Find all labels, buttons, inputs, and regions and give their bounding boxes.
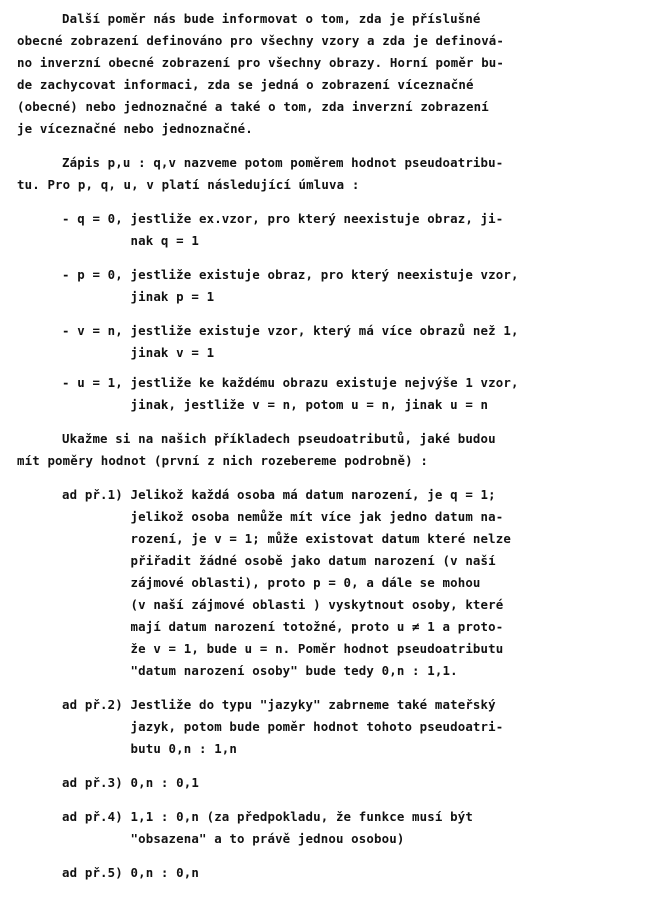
example1-line: mají datum narození totožné, proto u ≠ 1…	[62, 619, 503, 635]
example1-line: zájmové oblasti), proto p = 0, a dále se…	[62, 575, 481, 591]
rule-v-line: - v = n, jestliže existuje vzor, který m…	[62, 323, 519, 339]
para1-line: je víceznačné nebo jednoznačné.	[17, 121, 253, 137]
example4-line: "obsazena" a to právě jednou osobou)	[62, 831, 404, 847]
para1-line: de zachycovat informaci, zda se jedná o …	[17, 77, 474, 93]
example1-line: ad př.1) Jelikož každá osoba má datum na…	[62, 487, 496, 503]
rule-p-line: - p = 0, jestliže existuje obraz, pro kt…	[62, 267, 519, 283]
para1-line: no inverzní obecné zobrazení pro všechny…	[17, 55, 504, 71]
para1-line: Další poměr nás bude informovat o tom, z…	[62, 11, 481, 27]
example2-line: ad př.2) Jestliže do typu "jazyky" zabrn…	[62, 697, 496, 713]
example1-line: rození, je v = 1; může existovat datum k…	[62, 531, 511, 547]
para3-line: Ukažme si na našich příkladech pseudoatr…	[62, 431, 496, 447]
para3-line: mít poměry hodnot (první z nich rozebere…	[17, 453, 428, 469]
example5-line: ad př.5) 0,n : 0,n	[62, 865, 199, 881]
rule-p-line: jinak p = 1	[62, 289, 214, 305]
para1-line: obecné zobrazení definováno pro všechny …	[17, 33, 504, 49]
example1-line: (v naší zájmové oblasti ) vyskytnout oso…	[62, 597, 503, 613]
example4-line: ad př.4) 1,1 : 0,n (za předpokladu, že f…	[62, 809, 473, 825]
para2-line: tu. Pro p, q, u, v platí následující úml…	[17, 177, 359, 193]
example1-line: jelikož osoba nemůže mít více jak jedno …	[62, 509, 503, 525]
para2-line: Zápis p,u : q,v nazveme potom poměrem ho…	[62, 155, 503, 171]
example1-line: že v = 1, bude u = n. Poměr hodnot pseud…	[62, 641, 503, 657]
rule-u-line: - u = 1, jestliže ke každému obrazu exis…	[62, 375, 519, 391]
rule-u-line: jinak, jestliže v = n, potom u = n, jina…	[62, 397, 488, 413]
example3-line: ad př.3) 0,n : 0,1	[62, 775, 199, 791]
para1-line: (obecné) nebo jednoznačné a také o tom, …	[17, 99, 489, 115]
rule-v-line: jinak v = 1	[62, 345, 214, 361]
example1-line: přiřadit žádné osobě jako datum narození…	[62, 553, 496, 569]
typewritten-page: Další poměr nás bude informovat o tom, z…	[0, 0, 650, 897]
rule-q-line: - q = 0, jestliže ex.vzor, pro který nee…	[62, 211, 503, 227]
example2-line: jazyk, potom bude poměr hodnot tohoto ps…	[62, 719, 503, 735]
example1-line: "datum narození osoby" bude tedy 0,n : 1…	[62, 663, 458, 679]
example2-line: butu 0,n : 1,n	[62, 741, 237, 757]
rule-q-line: nak q = 1	[62, 233, 199, 249]
